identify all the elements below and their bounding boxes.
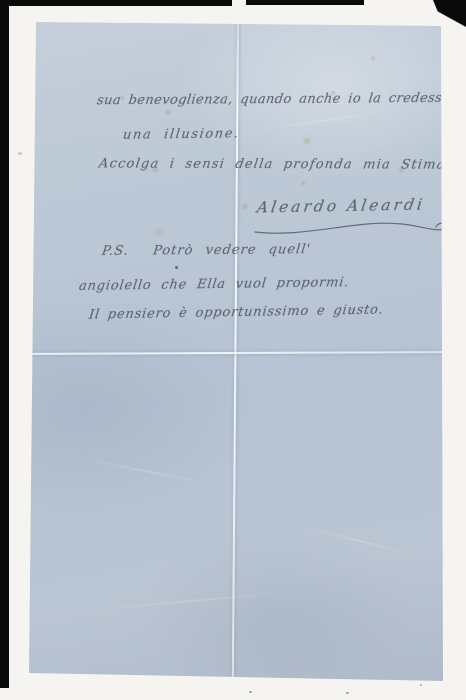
postscript-line-1: P.S. Potrò vedere quell' [101, 242, 312, 259]
foxing-spot [147, 228, 171, 237]
dust-speck [18, 152, 22, 155]
dust-speck [346, 692, 349, 694]
dust-speck [420, 684, 422, 686]
foxing-spot [369, 56, 377, 61]
horizontal-fold-crease [31, 351, 442, 355]
signature-flourish [252, 215, 448, 239]
foxing-spot [163, 109, 173, 116]
signature: Aleardo Aleardi [256, 196, 427, 217]
handwritten-line-1: sua benevoglienza, quando anche io la cr… [96, 91, 448, 108]
handwritten-line-3: Accolga i sensi della profonda mia Stima [98, 156, 447, 172]
letter-paper: sua benevoglienza, quando anche io la cr… [0, 0, 466, 700]
scan-edge-left [0, 0, 9, 688]
paper-crease [90, 591, 289, 610]
foxing-spot [240, 203, 250, 210]
foxing-spot [301, 137, 313, 145]
scan-edge-top-right-corner [433, 0, 466, 27]
dust-speck [249, 691, 252, 693]
postscript-line-2: angiolello che Ella vuol propormi. [78, 275, 350, 294]
paper-crease [71, 456, 219, 487]
scan-edge-top [246, 0, 364, 5]
scanned-letter-photo: sua benevoglienza, quando anche io la cr… [0, 0, 466, 700]
postscript-line-3: Il pensiero è opportunissimo e giusto. [88, 302, 384, 322]
paper-crease [251, 110, 390, 131]
handwritten-line-2: una illusione. [122, 126, 241, 142]
vertical-fold-crease [232, 22, 239, 679]
foxing-spot [299, 181, 307, 186]
ink-dot [175, 266, 178, 269]
paper-crease [302, 526, 419, 557]
scan-edge-top [0, 0, 232, 6]
